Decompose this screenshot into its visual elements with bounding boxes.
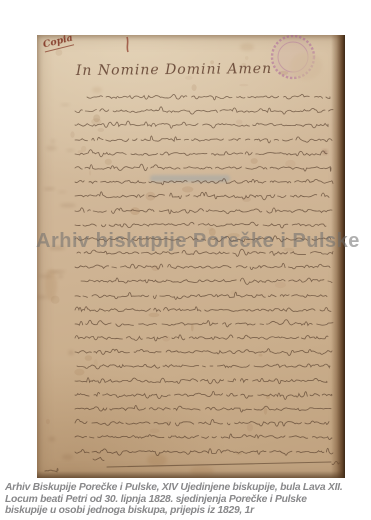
caption-line: biskupije u osobi jednoga biskupa, prije… <box>5 505 369 517</box>
paper-stains <box>37 43 327 476</box>
archive-watermark: Arhiv biskupije Porečke i Pulske <box>36 230 360 253</box>
caption-line: Arhiv Biskupije Porečke i Pulske, XIV Uj… <box>5 482 369 494</box>
document-heading: In Nomine Domini Amen <box>65 61 283 79</box>
manuscript-photo: Copia In Nomine Domini Amen <box>37 35 345 478</box>
signature-rule <box>107 462 331 467</box>
caption-line: Locum beati Petri od 30. lipnja 1828. sj… <box>5 494 369 506</box>
handwriting-lines <box>45 94 340 471</box>
photo-caption: Arhiv Biskupije Porečke i Pulske, XIV Uj… <box>5 482 369 517</box>
blue-smudge <box>150 175 230 182</box>
page-bottom-shadow <box>37 471 345 478</box>
manuscript-artwork <box>37 35 345 478</box>
page-edge-shadow <box>331 35 345 478</box>
archive-page: Copia In Nomine Domini Amen Arhiv biskup… <box>0 0 371 520</box>
red-ink-tick <box>127 37 128 52</box>
